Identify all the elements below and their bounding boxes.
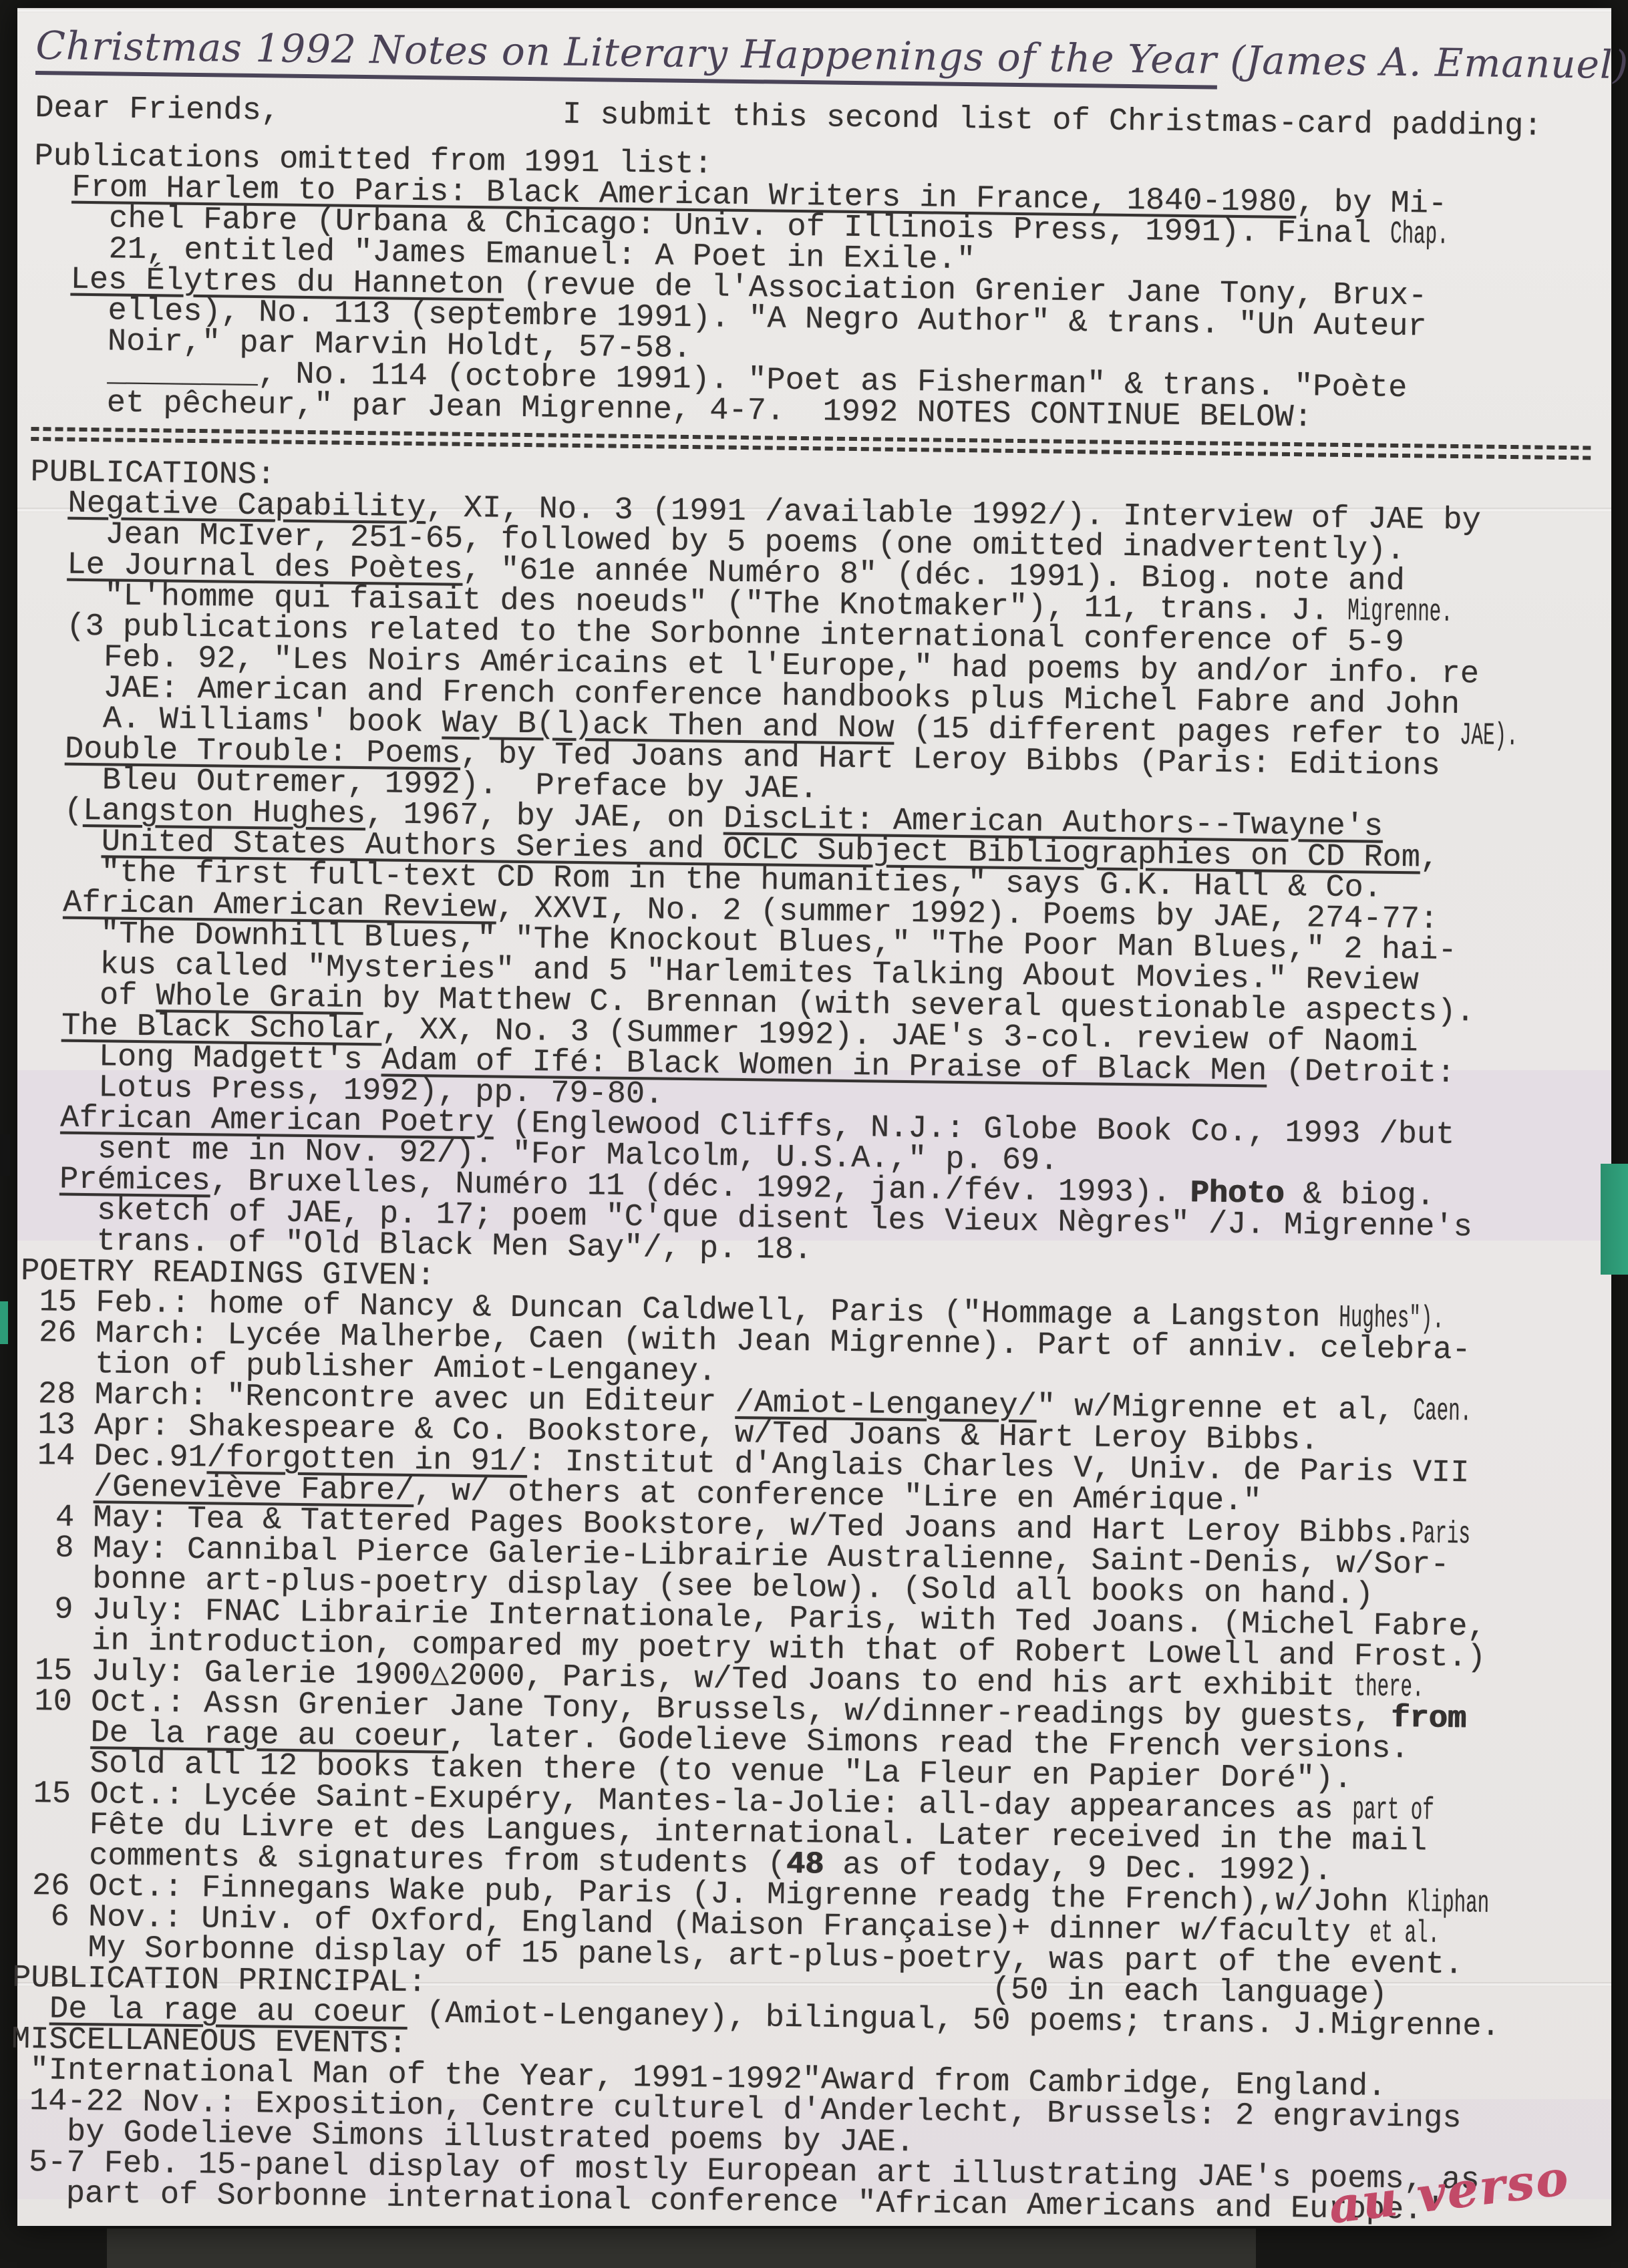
text-segment: Migrenne.: [1347, 597, 1453, 629]
text-segment: Caen.: [1414, 1396, 1472, 1428]
text-segment: ,: [1420, 840, 1440, 876]
text-segment: Paris: [1412, 1519, 1470, 1551]
handwritten-title: Christmas 1992 Notes on Literary Happeni…: [35, 19, 1603, 106]
text-segment: part of: [1352, 1795, 1434, 1826]
paper-crease: [17, 8, 1611, 13]
text-segment: et al.: [1369, 1919, 1440, 1950]
scan-artifact-green-left: [0, 1301, 8, 1344]
text-segment: (Detroit:: [1267, 1054, 1456, 1092]
text-segment: Chap.: [1390, 220, 1449, 251]
text-segment: JAE).: [1459, 721, 1518, 752]
scan-artifact-green-right: [1601, 1164, 1628, 1275]
text-segment: Kliphan: [1408, 1888, 1490, 1919]
letter-content: Christmas 1992 Notes on Literary Happeni…: [9, 19, 1603, 2228]
text-segment: Hughes").: [1339, 1303, 1444, 1335]
letter-paper: Christmas 1992 Notes on Literary Happeni…: [17, 8, 1611, 2226]
document-body: Dear Friends, I submit this second list …: [9, 94, 1602, 2228]
scanned-letter-page: { "page": { "title_handwritten": "Christ…: [0, 0, 1628, 2268]
handwritten-title-author: (James A. Emanuel): [1216, 37, 1628, 88]
scan-background-band: [107, 2229, 1256, 2268]
text-segment: there.: [1353, 1672, 1424, 1704]
handwritten-title-text: Christmas 1992 Notes on Literary Happeni…: [35, 23, 1217, 90]
scan-artifact-notch: [0, 1134, 10, 1176]
